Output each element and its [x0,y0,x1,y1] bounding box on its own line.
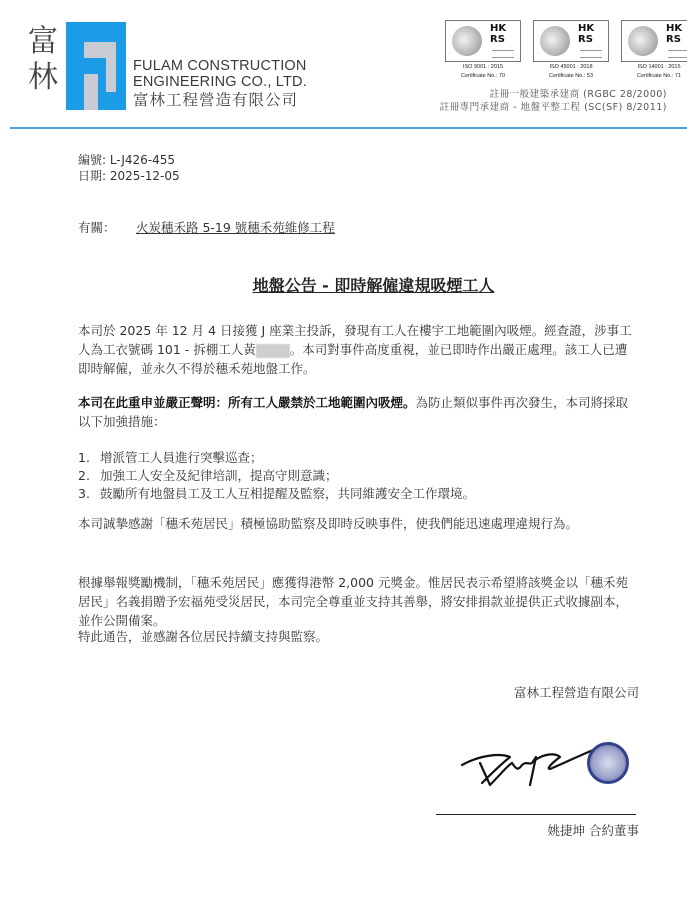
document-date: 2025-12-05 [110,169,180,183]
reference-number: L-J426-455 [110,153,175,167]
paragraph-incident: 本司於 2025 年 12 月 4 日接獲 J 座業主投訴，發現有工人在樓宇工地… [78,321,638,378]
hkqaa-logo: HK [490,24,506,34]
logo-chinese-characters: 富林 [28,24,58,96]
company-name-en-line1: FULAM CONSTRUCTION [133,58,307,74]
paragraph-thanks: 本司誠摯感謝「穗禾苑居民」積極協助監察及即時反映事件，使我們能迅速處理違規行為。 [78,514,638,533]
hkqaa-logo: HK [578,24,594,34]
certification-badges: HK RS ISO 9001 : 2015 Certificate No.: 7… [443,20,687,80]
signoff-company: 富林工程營造有限公司 [514,683,639,701]
company-name-en-line2: ENGINEERING CO., LTD. [133,74,307,90]
header-divider [10,127,687,129]
signature-line [436,814,636,815]
company-name-chinese: 富林工程營造有限公司 [133,91,298,109]
subject-line: 有關： 火炭穗禾路 5-19 號穗禾苑維修工程 [78,220,335,236]
list-item: 2.加強工人安全及紀律培訓，提高守則意識； [78,467,475,485]
list-item: 3.鼓勵所有地盤員工及工人互相提醒及監察，共同維護安全工作環境。 [78,485,475,503]
globe-icon [452,26,482,56]
company-seal-icon [587,742,629,784]
company-logo-icon [66,22,126,110]
registration-info: 註冊一般建築承建商 (RGBC 28/2000) 註冊專門承建商 - 地盤平整工… [440,88,667,114]
certificate-iso9001: HK RS ISO 9001 : 2015 Certificate No.: 7… [443,20,523,80]
globe-icon [540,26,570,56]
list-item: 1.增派管工人員進行突擊巡查； [78,449,475,467]
measures-list: 1.增派管工人員進行突擊巡查； 2.加強工人安全及紀律培訓，提高守則意識； 3.… [78,449,475,503]
subject-value: 火炭穗禾路 5-19 號穗禾苑維修工程 [136,220,335,235]
paragraph-closing: 特此通告，並感謝各位居民持續支持與監察。 [78,627,638,646]
notice-title: 地盤公告 - 即時解僱違規吸煙工人 [0,273,687,296]
hkqaa-logo: HK [666,24,682,34]
certificate-iso14001: HK RS ISO 14001 : 2015 Certificate No.: … [619,20,687,80]
redacted-name [256,344,290,358]
signer-name-title: 姚捷坤 合約董事 [548,821,639,839]
company-name-english: FULAM CONSTRUCTION ENGINEERING CO., LTD. [133,58,307,90]
paragraph-reward: 根據舉報獎勵機制，「穗禾苑居民」應獲得港幣 2,000 元獎金。惟居民表示希望將… [78,573,638,630]
globe-icon [628,26,658,56]
reference-block: 編號: L-J426-455 日期: 2025-12-05 [78,152,180,184]
certificate-iso45001: HK RS ISO 45001 : 2018 Certificate No.: … [531,20,611,80]
paragraph-declaration: 本司在此重申並嚴正聲明：所有工人嚴禁於工地範圍內吸煙。為防止類似事件再次發生，本… [78,393,638,431]
